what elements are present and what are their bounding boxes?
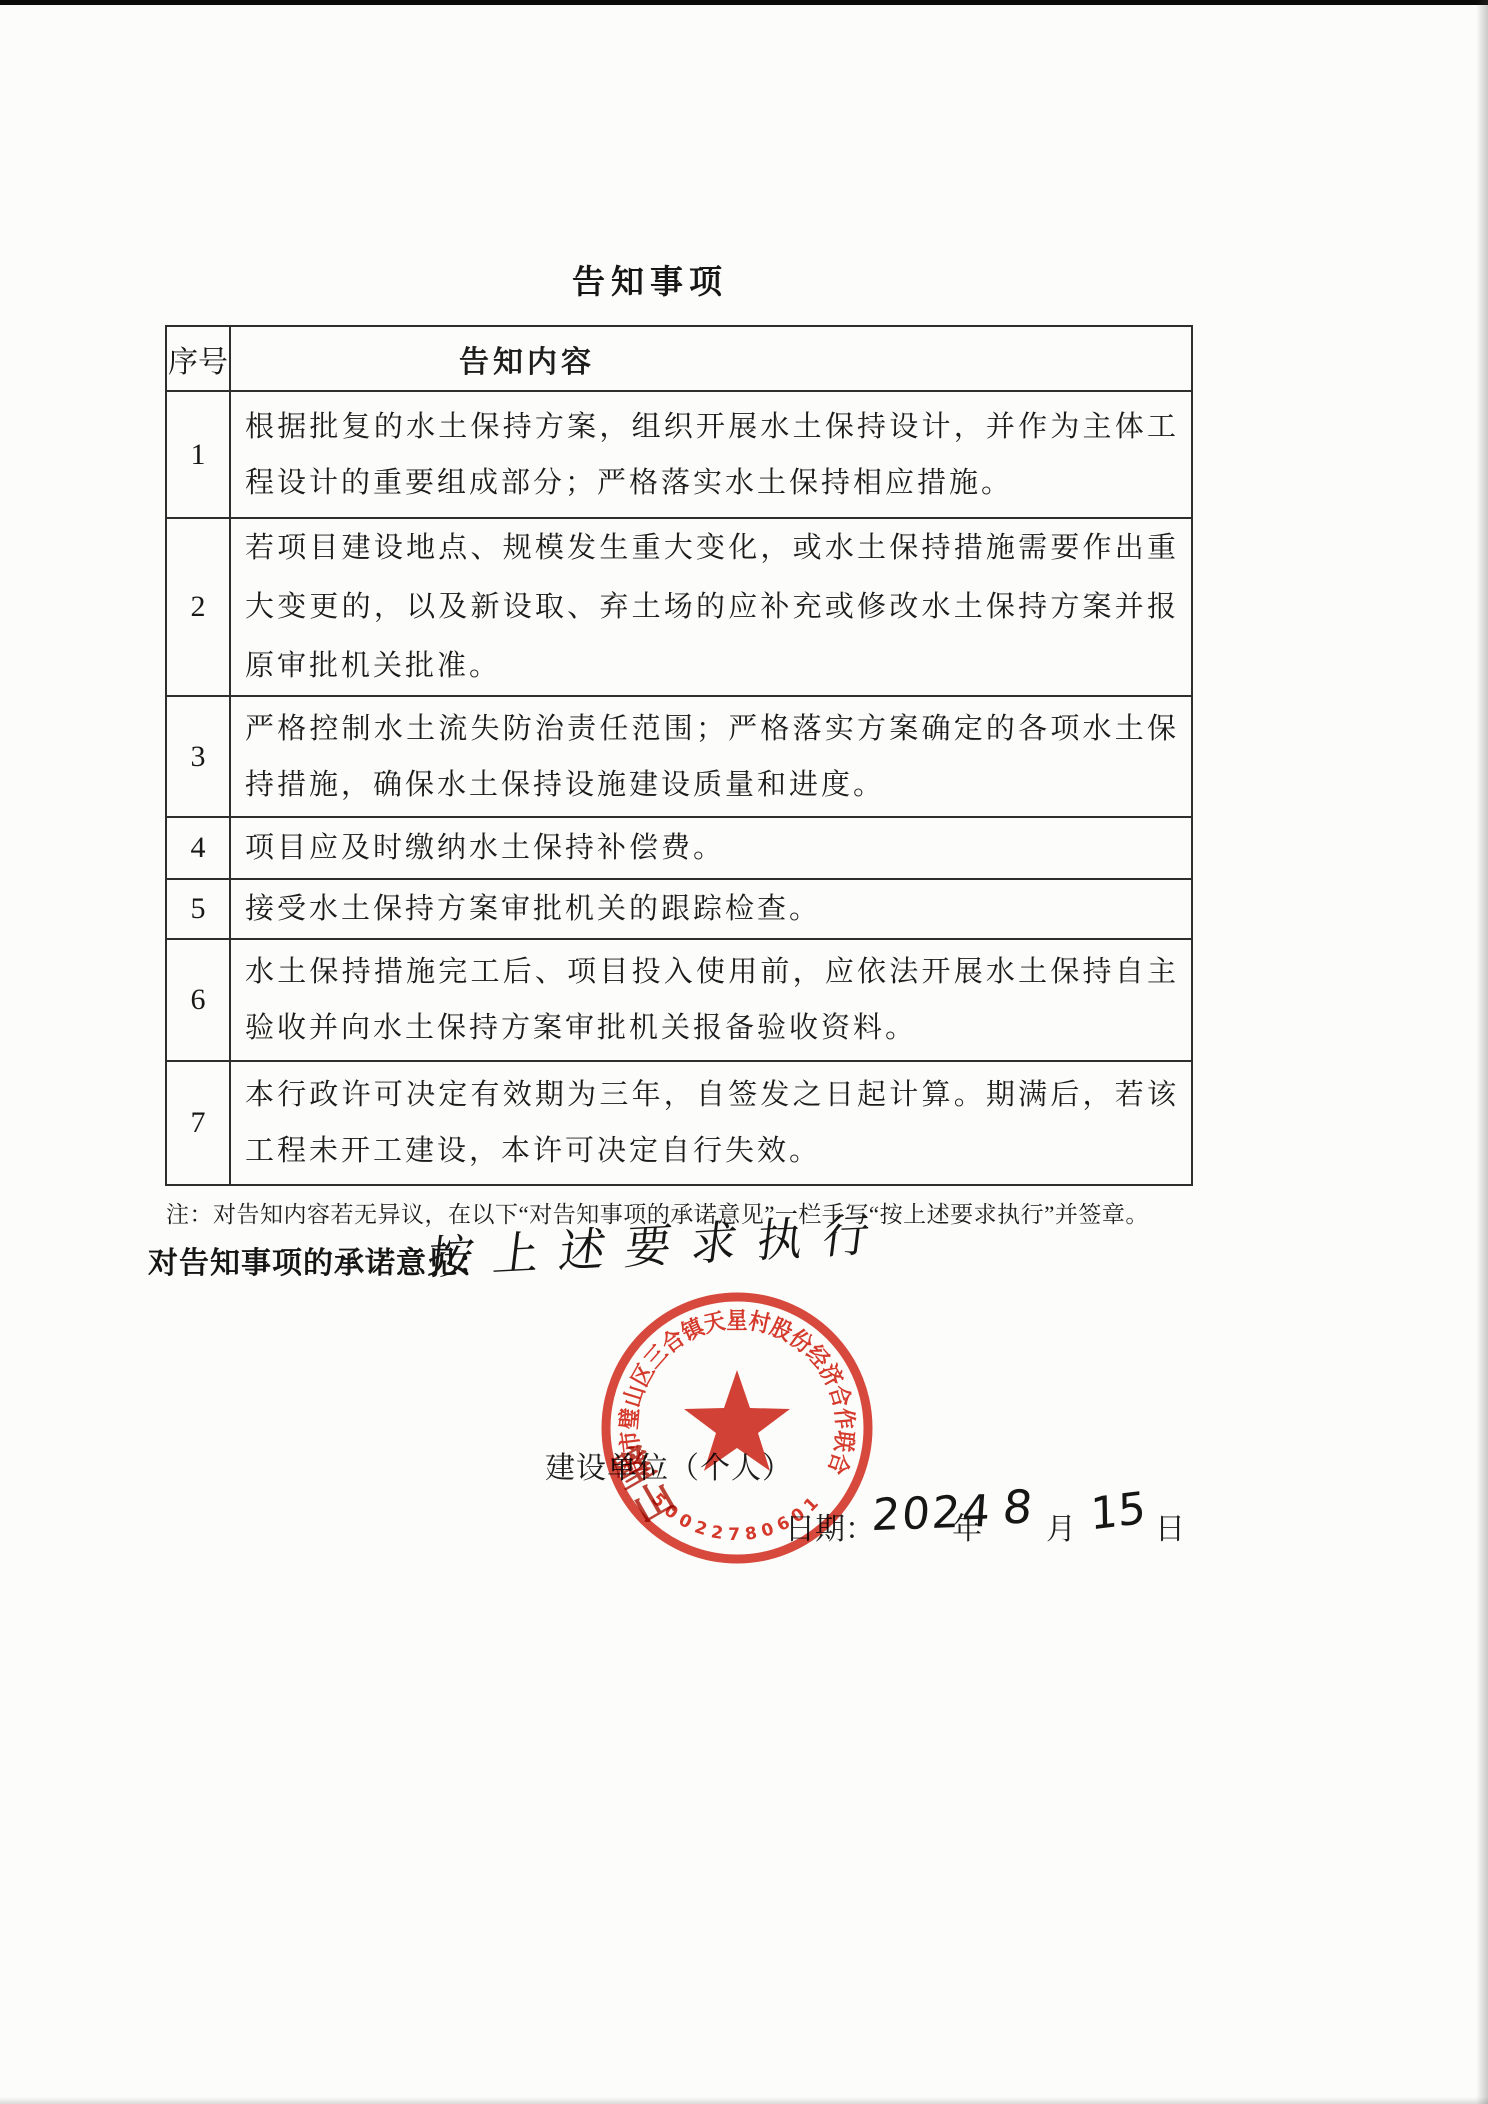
table-row: 5 接受水土保持方案审批机关的跟踪检查。 [167,878,1191,938]
row-content-cell: 严格控制水土流失防治责任范围；严格落实方案确定的各项水土保持措施，确保水土保持设… [231,697,1191,816]
row-content: 项目应及时缴纳水土保持补偿费。 [245,820,725,876]
table-row: 4 项目应及时缴纳水土保持补偿费。 [167,816,1191,878]
table-row: 7 本行政许可决定有效期为三年，自签发之日起计算。期满后，若该工程未开工建设，本… [167,1060,1191,1184]
row-serial: 6 [167,940,231,1060]
row-serial: 2 [167,519,231,695]
table-row: 1 根据批复的水土保持方案，组织开展水土保持设计，并作为主体工程设计的重要组成部… [167,390,1191,517]
row-content-cell: 若项目建设地点、规模发生重大变化，或水土保持措施需要作出重大变更的，以及新设取、… [231,519,1191,695]
row-content: 接受水土保持方案审批机关的跟踪检查。 [245,881,821,937]
row-content: 水土保持措施完工后、项目投入使用前，应依法开展水土保持自主验收并向水土保持方案审… [245,944,1179,1056]
notification-items-table: 序号 告知内容 1 根据批复的水土保持方案，组织开展水土保持设计，并作为主体工程… [165,325,1193,1186]
year-suffix-label: 年 [952,1504,982,1548]
row-content: 严格控制水土流失防治责任范围；严格落实方案确定的各项水土保持措施，确保水土保持设… [245,701,1179,813]
table-row: 2 若项目建设地点、规模发生重大变化，或水土保持措施需要作出重大变更的，以及新设… [167,517,1191,695]
row-serial: 5 [167,880,231,938]
row-serial: 4 [167,818,231,878]
row-content-cell: 根据批复的水土保持方案，组织开展水土保持设计，并作为主体工程设计的重要组成部分；… [231,392,1191,517]
scan-bottom-edge-shadow [0,2097,1488,2104]
handwritten-day: 15 [1090,1482,1146,1540]
scan-top-edge-artifact [0,0,1488,5]
handwritten-month: 8 [1000,1480,1035,1534]
row-content-cell: 接受水土保持方案审批机关的跟踪检查。 [231,880,1191,938]
row-content-cell: 水土保持措施完工后、项目投入使用前，应依法开展水土保持自主验收并向水土保持方案审… [231,940,1191,1060]
row-serial: 7 [167,1062,231,1184]
row-content: 根据批复的水土保持方案，组织开展水土保持设计，并作为主体工程设计的重要组成部分；… [245,399,1179,511]
row-content: 若项目建设地点、规模发生重大变化，或水土保持措施需要作出重大变更的，以及新设取、… [245,519,1179,696]
document-title: 告知事项 [450,256,850,303]
seal-star-icon [684,1370,790,1471]
table-header-row: 序号 告知内容 [167,327,1191,390]
official-red-seal: 重庆市璧山区三合镇天星村股份经济合作联合社 50022780601 [587,1278,887,1578]
scan-right-edge-shadow [1476,0,1488,2104]
month-suffix-label: 月 [1046,1504,1076,1548]
table-row: 3 严格控制水土流失防治责任范围；严格落实方案确定的各项水土保持措施，确保水土保… [167,695,1191,816]
column-header-serial: 序号 [167,327,231,390]
row-content-cell: 本行政许可决定有效期为三年，自签发之日起计算。期满后，若该工程未开工建设，本许可… [231,1062,1191,1184]
row-content: 本行政许可决定有效期为三年，自签发之日起计算。期满后，若该工程未开工建设，本许可… [245,1067,1179,1179]
row-serial: 1 [167,392,231,517]
row-content-cell: 项目应及时缴纳水土保持补偿费。 [231,818,1191,878]
scanned-document-page: 告知事项 序号 告知内容 1 根据批复的水土保持方案，组织开展水土保持设计，并作… [0,0,1488,2104]
column-header-content-cell: 告知内容 [231,327,1191,390]
column-header-content: 告知内容 [459,337,595,381]
day-suffix-label: 日 [1155,1504,1185,1548]
row-serial: 3 [167,697,231,816]
table-row: 6 水土保持措施完工后、项目投入使用前，应依法开展水土保持自主验收并向水土保持方… [167,938,1191,1060]
